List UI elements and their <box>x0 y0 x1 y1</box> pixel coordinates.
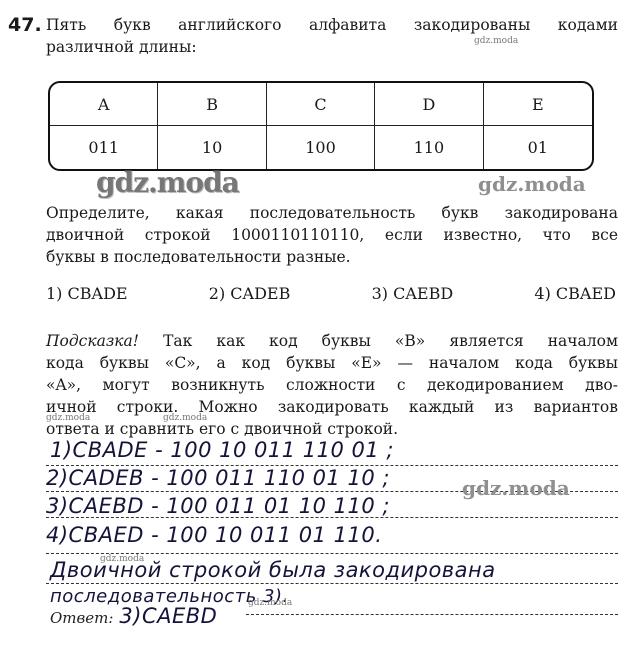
table-header-cell: E <box>484 83 592 126</box>
table-code-cell: 10 <box>158 126 266 169</box>
hint-line3: «A», могут возникнуть сложности с декоди… <box>46 374 618 396</box>
option-4: 4) CBAED <box>534 284 616 303</box>
question-line2: двоичной строкой 1000110110110, если изв… <box>46 224 618 246</box>
watermark: gdz.moda <box>474 36 518 46</box>
answer-label: Ответ: <box>50 609 113 627</box>
watermark: gdz.moda <box>163 413 207 423</box>
table-code-cell: 110 <box>375 126 483 169</box>
hint-line2: кода буквы «C», а код буквы «E» — начало… <box>46 352 618 374</box>
ruled-line <box>246 614 618 615</box>
watermark: gdz.moda <box>96 166 239 199</box>
problem-title-line1: Пять букв английского алфавита закодиров… <box>46 14 618 36</box>
watermark: gdz.moda <box>46 413 90 423</box>
hint-text: Так как код буквы «B» является началом <box>139 332 618 350</box>
problem-number: 47. <box>8 14 42 36</box>
code-table: A B C D E 011 10 100 110 01 <box>48 81 594 171</box>
answer-value: 3)CAEBD <box>119 604 217 628</box>
hint-line4: ичной строки. Можно закодировать каждый … <box>46 396 618 418</box>
handwritten-line-2: 2)CADEB - 100 011 110 01 10 ; <box>46 466 390 490</box>
table-header-cell: B <box>158 83 266 126</box>
handwritten-line-4: 4)CBAED - 100 10 011 01 110. <box>46 523 382 547</box>
watermark: gdz.moda <box>478 172 586 196</box>
handwritten-line-1: 1)CBADE - 100 10 011 110 01 ; <box>50 438 394 462</box>
table-code-cell: 01 <box>484 126 592 169</box>
problem-title-line2: различной длины: <box>46 36 197 58</box>
hint-label: Подсказка! <box>46 332 139 350</box>
handwritten-line-3: 3)CAEBD - 100 011 01 10 110 ; <box>46 494 390 518</box>
table-code-cell: 011 <box>50 126 158 169</box>
answer-options: 1) CBADE 2) CADEB 3) CAEBD 4) CBAED <box>46 284 616 303</box>
option-2: 2) CADEB <box>209 284 291 303</box>
option-1: 1) CBADE <box>46 284 128 303</box>
table-code-cell: 100 <box>267 126 375 169</box>
table-header-cell: D <box>375 83 483 126</box>
question-line3: буквы в последовательности разные. <box>46 246 351 268</box>
watermark: gdz.moda <box>248 598 292 608</box>
answer-row: Ответ: 3)CAEBD <box>50 604 217 628</box>
handwritten-conclusion-line1: Двоичной строкой была закодирована <box>50 558 496 582</box>
question-line1: Определите, какая последовательность бук… <box>46 202 618 224</box>
hint-line5: ответа и сравнить его с двоичной строкой… <box>46 418 398 440</box>
watermark: gdz.moda <box>462 476 570 500</box>
table-header-cell: A <box>50 83 158 126</box>
option-3: 3) CAEBD <box>372 284 454 303</box>
hint-line1: Подсказка! Так как код буквы «B» являетс… <box>46 330 618 352</box>
table-header-cell: C <box>267 83 375 126</box>
ruled-line <box>46 583 618 584</box>
